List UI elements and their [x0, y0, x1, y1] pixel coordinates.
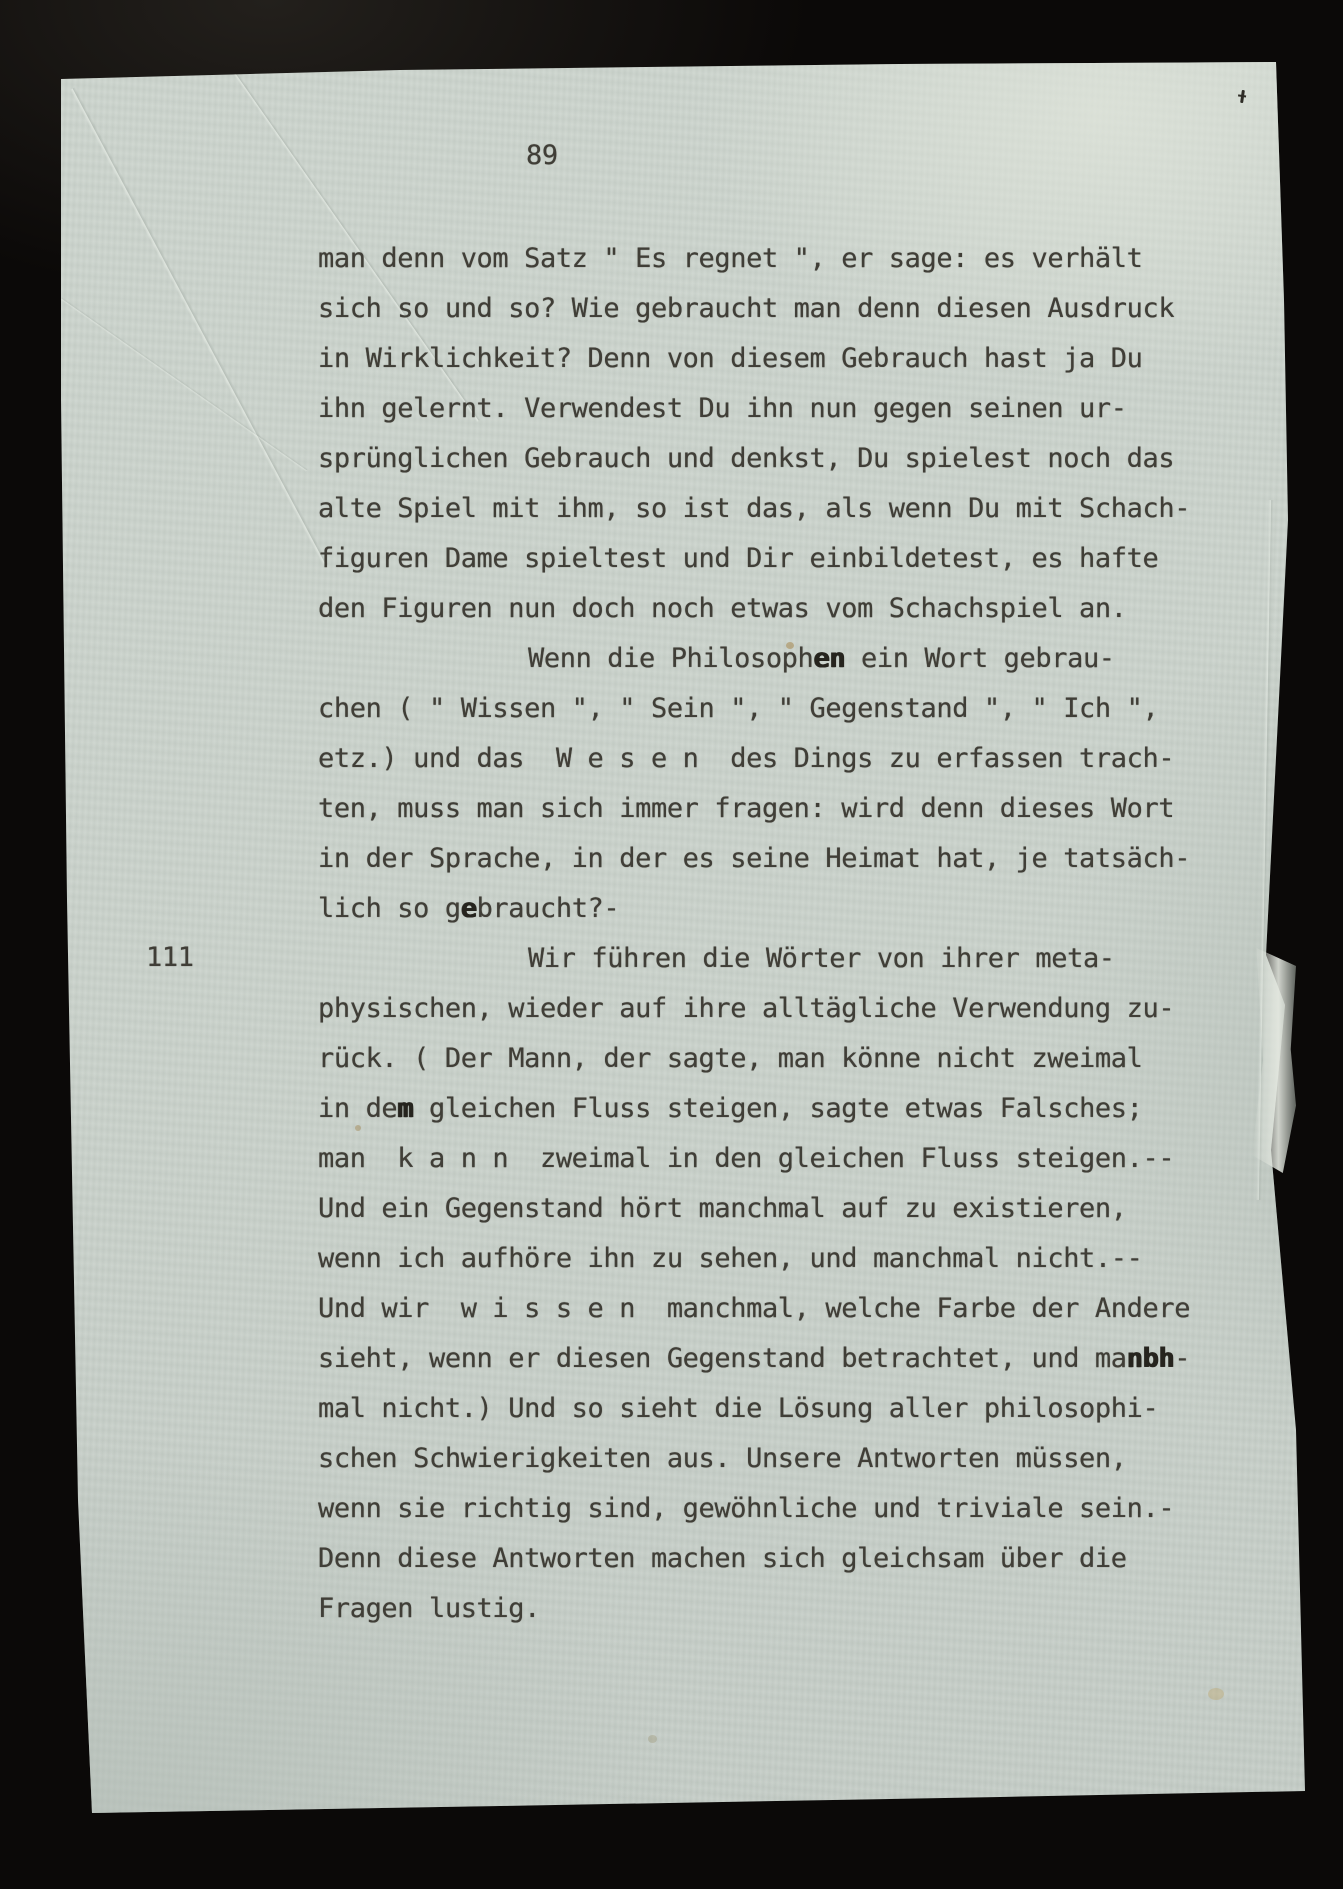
text-line: man k a n n zweimal in den gleichen Flus… [318, 1136, 1238, 1186]
text-line: wenn ich aufhöre ihn zu sehen, und manch… [318, 1236, 1238, 1286]
text-line: etz.) und das W e s e n des Dings zu erf… [318, 736, 1238, 786]
text-line: Und wir w i s s e n manchmal, welche Far… [318, 1286, 1238, 1336]
page-number: 89 [526, 140, 558, 172]
text-line: wenn sie richtig sind, gewöhnliche und t… [318, 1486, 1238, 1536]
margin-number: 111 [146, 942, 194, 974]
text-line: Denn diese Antworten machen sich gleichs… [318, 1536, 1238, 1586]
text-line: lich so gebraucht?- [318, 886, 1238, 936]
text-line: chen ( " Wissen ", " Sein ", " Gegenstan… [318, 686, 1238, 736]
text-line: sich so und so? Wie gebraucht man denn d… [318, 286, 1238, 336]
text-line: schen Schwierigkeiten aus. Unsere Antwor… [318, 1436, 1238, 1486]
paper-stain [1208, 1688, 1224, 1700]
text-line: in der Sprache, in der es seine Heimat h… [318, 836, 1238, 886]
text-line: Wir führen die Wörter von ihrer meta- [318, 936, 1238, 986]
text-line: sprünglichen Gebrauch und denkst, Du spi… [318, 436, 1238, 486]
text-line: mal nicht.) Und so sieht die Lösung alle… [318, 1386, 1238, 1436]
typewritten-text: man denn vom Satz " Es regnet ", er sage… [318, 236, 1238, 1636]
text-line: Wenn die Philosophen ein Wort gebrau- [318, 636, 1238, 686]
text-line: Und ein Gegenstand hört manchmal auf zu … [318, 1186, 1238, 1236]
small-ink-mark [1240, 90, 1245, 103]
paper-crease [70, 87, 329, 567]
text-line: ten, muss man sich immer fragen: wird de… [318, 786, 1238, 836]
text-line: man denn vom Satz " Es regnet ", er sage… [318, 236, 1238, 286]
text-line: physischen, wieder auf ihre alltägliche … [318, 986, 1238, 1036]
paper-sheet: 89 111 man denn vom Satz " Es regnet ", … [0, 0, 1343, 1889]
overtyped-characters: e [461, 893, 477, 924]
text-line: in dem gleichen Fluss steigen, sagte etw… [318, 1086, 1238, 1136]
text-line: figuren Dame spieltest und Dir einbildet… [318, 536, 1238, 586]
overtyped-characters: nbh [1127, 1343, 1175, 1374]
text-line: ihn gelernt. Verwendest Du ihn nun gegen… [318, 386, 1238, 436]
text-line: den Figuren nun doch noch etwas vom Scha… [318, 586, 1238, 636]
scanned-page-background: 89 111 man denn vom Satz " Es regnet ", … [0, 0, 1343, 1889]
paper-crease [60, 297, 308, 472]
paper-stain [648, 1735, 657, 1743]
text-line: in Wirklichkeit? Denn von diesem Gebrauc… [318, 336, 1238, 386]
text-line: alte Spiel mit ihm, so ist das, als wenn… [318, 486, 1238, 536]
overtyped-characters: en [813, 643, 845, 674]
text-line: Fragen lustig. [318, 1586, 1238, 1636]
text-line: rück. ( Der Mann, der sagte, man könne n… [318, 1036, 1238, 1086]
overtyped-characters: m [397, 1093, 413, 1124]
text-line: sieht, wenn er diesen Gegenstand betrach… [318, 1336, 1238, 1386]
